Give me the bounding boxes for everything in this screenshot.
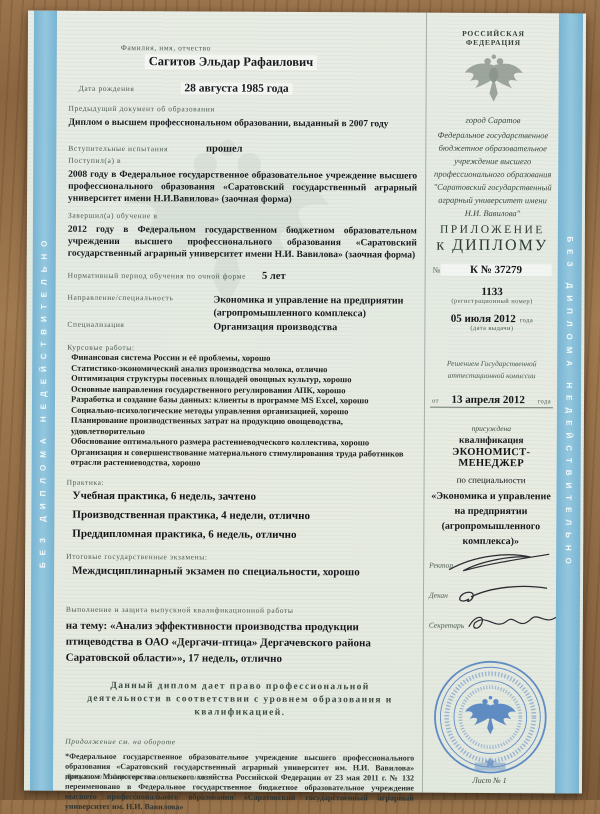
dob-row: Дата рождения 28 августа 1985 года [69,82,418,96]
state-exams-label: Итоговые государственные экзамены: [66,551,415,562]
coursework-list: Финансовая система России и её проблемы,… [67,352,417,469]
state-exam-value: Междисциплинарный экзамен по специальнос… [66,564,415,578]
city-label: город Саратов [431,114,554,128]
russia-coat-of-arms-icon [462,52,524,106]
issue-date: 05 июля 2012 [451,313,516,325]
commission-decision-text: Решением Государственной аттестационной … [430,358,553,383]
number-sign: № [433,266,441,275]
side-column: РОССИЙСКАЯ ФЕДЕРАЦИЯ город Саратов Федер… [422,13,560,794]
registration-number-caption: (регистрационный номер) [431,298,554,306]
awarded-word: присуждена [430,422,553,436]
coursework-item: Планирование производственных затрат на … [67,415,416,438]
decision-date-row: от 13 апреля 2012 года [430,394,553,409]
coursework-item: Организация и совершенствование материал… [67,446,416,469]
dob-label: Дата рождения [79,84,135,93]
issue-date-row: 05 июля 2012 года [430,313,553,326]
enrolled-value: 2008 году в Федеральное государственное … [68,169,417,207]
annex-title-line1: ПРИЛОЖЕНИЕ [431,224,554,237]
entrance-exams-label: Вступительные испытания [68,144,168,154]
study-period-label: Нормативный период обучения по очной фор… [68,271,246,281]
dean-label: Декан [429,590,448,599]
secretary-signature [465,609,561,640]
specialty-value: Экономика и управление на предприятии (а… [213,294,416,321]
main-column: Фамилия, имя, отчество Сагитов Эльдар Ра… [57,11,426,793]
rector-signature [447,549,551,576]
study-period-value: 5 лет [262,271,286,282]
specialty-row: Направление/специальность Экономика и уп… [67,293,416,321]
dob-value: 28 августа 1985 года [180,82,292,95]
specialty-name: «Экономика и управление на предприятии (… [429,489,552,550]
holder-name: Сагитов Эльдар Рафаилович [145,54,318,70]
issue-year-word: года [520,317,533,324]
finished-value: 2012 году в Федеральном государственном … [68,224,417,262]
security-stripe-text: БЕЗ ДИПЛОМА НЕДЕЙСТВИТЕЛЬНО [38,233,49,568]
rights-statement: Данный диплом дает право профессионально… [73,679,406,720]
diploma-number: К № 37279 [440,264,551,277]
diploma-supplement-document: БЕЗ ДИПЛОМА НЕДЕЙСТВИТЕЛЬНО Фамилия, имя… [24,11,586,794]
qualification-label: квалификация [430,436,553,447]
annex-title-line2: к ДИПЛОМУ [431,237,554,256]
practice-item: Учебная практика, 6 недель, зачтено [66,486,415,507]
practice-item: Производственная практика, 4 недели, отл… [66,505,415,526]
country-title: РОССИЙСКАЯ ФЕДЕРАЦИЯ [450,29,536,47]
from-word: от [432,398,439,405]
rector-signature-row: Ректор [429,557,552,574]
security-stripe-right: БЕЗ ДИПЛОМА НЕДЕЙСТВИТЕЛЬНО [555,13,583,793]
decision-year-word: года [538,398,551,405]
qualification-value: ЭКОНОМИСТ-МЕНЕДЖЕР [430,447,553,470]
decision-date: 13 апреля 2012 [439,394,538,407]
entrance-exams-value: прошел [206,143,243,154]
diploma-number-row: № К № 37279 [431,264,554,277]
by-specialty-label: по специальности [430,475,553,486]
previous-document-value: Диплом о высшем профессиональном образов… [68,117,417,131]
registration-number: 1133 [431,286,554,299]
sheet-count-label: Документ содержит количество листов [66,772,214,782]
practice-list: Учебная практика, 6 недель, зачтено Прои… [66,486,415,545]
secretary-signature-row: Секретарь [429,617,552,634]
university-seal [431,655,550,784]
entrance-exams-row: Вступительные испытания прошел [68,143,417,156]
continued-label: Продолжение см. на обороте [65,736,414,747]
finished-label: Завершил(а) обучение в [68,211,417,222]
specialty-label: Направление/специальность [67,293,213,320]
institution-name: Федеральное государственное бюджетное об… [431,129,554,221]
thesis-label: Выполнение и защита выпускной квалификац… [66,604,415,615]
specialization-row: Специализация Организация производства [67,320,416,335]
practice-item: Преддипломная практика, 6 недель, отличн… [66,524,415,545]
specialization-value: Организация производства [213,321,337,335]
security-stripe-text: БЕЗ ДИПЛОМА НЕДЕЙСТВИТЕЛЬНО [564,236,575,571]
secretary-label: Секретарь [429,620,464,629]
sheet-number-label: Лист № 1 [423,776,556,786]
study-period-row: Нормативный период обучения по очной фор… [68,270,417,283]
security-stripe-left: БЕЗ ДИПЛОМА НЕДЕЙСТВИТЕЛЬНО [30,11,57,791]
issue-date-caption: (дата выдачи) [430,325,553,333]
dean-signature-row: Декан [429,587,552,604]
previous-document-label: Предыдущий документ об образовании [69,104,418,115]
dean-signature [447,579,551,608]
enrolled-label: Поступил(а) в [68,156,417,167]
thesis-value: на тему: «Анализ эффективности производс… [66,617,415,667]
specialization-label: Специализация [67,320,213,334]
